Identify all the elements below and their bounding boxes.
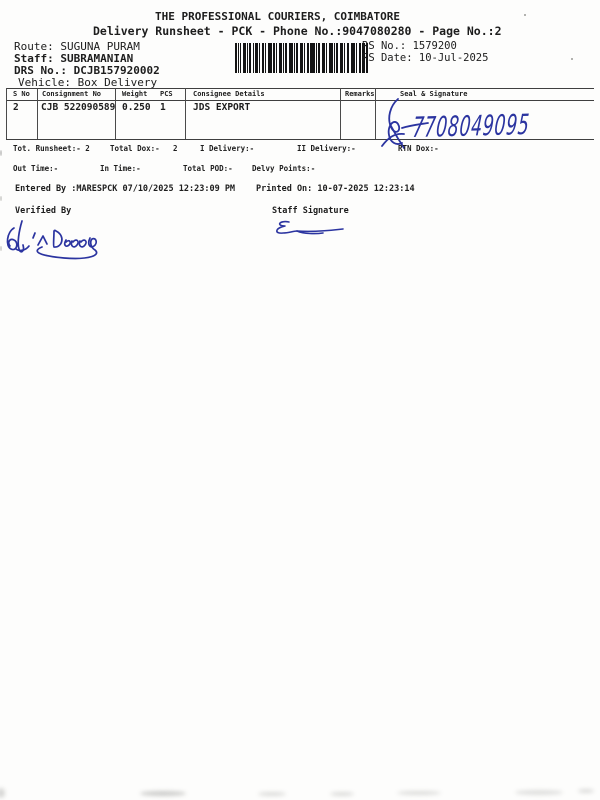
table-col-divider [6, 88, 7, 139]
col-header-weight: Weight [122, 91, 147, 98]
table-col-divider [340, 88, 341, 139]
col-header-consignee: Consignee Details [193, 91, 265, 98]
scan-speck [0, 196, 2, 201]
cell-consignment: CJB 522090589 [41, 103, 115, 113]
rs-date-line: RS Date: 10-Jul-2025 [362, 53, 488, 64]
tot-runsheet: Tot. Runsheet:- 2 [13, 145, 90, 153]
cell-consignee: JDS EXPORT [193, 103, 250, 113]
scan-speck [571, 58, 573, 60]
cell-pcs: 1 [160, 103, 166, 113]
total-pod-label: Total POD:- [183, 165, 233, 173]
i-delivery-label: I Delivery:- [200, 145, 254, 153]
scan-smudge [330, 792, 354, 796]
out-time-label: Out Time:- [13, 165, 58, 173]
col-header-sno: S No [13, 91, 30, 98]
table-top-border [6, 88, 594, 89]
scan-speck [524, 14, 526, 16]
table-col-divider [115, 88, 116, 139]
seal-handwritten-number: 7708049095 [412, 111, 531, 142]
ii-delivery-label: II Delivery:- [297, 145, 356, 153]
col-header-remarks: Remarks [345, 91, 375, 98]
rs-no-line: RS No.: 1579200 [362, 41, 457, 52]
cell-weight: 0.250 [122, 103, 151, 113]
cell-sno: 2 [13, 103, 19, 113]
table-header-border [6, 100, 594, 101]
route-line: Route: SUGUNA PURAM [14, 41, 140, 52]
scan-smudge [258, 792, 286, 796]
table-col-divider [185, 88, 186, 139]
total-dox-value: 2 [173, 145, 178, 153]
verified-by-label: Verified By [15, 207, 71, 216]
entered-by-line: Entered By :MARESPCK 07/10/2025 12:23:09… [15, 185, 235, 194]
total-dox-label: Total Dox:- [110, 145, 160, 153]
col-header-pcs: PCS [160, 91, 173, 98]
scan-speck [0, 150, 2, 156]
scan-smudge [0, 788, 5, 798]
delvy-points-label: Delvy Points:- [252, 165, 315, 173]
col-header-consignment: Consignment No [42, 91, 101, 98]
drs-no-line: DRS No.: DCJB157920002 [14, 65, 160, 76]
table-col-divider [37, 88, 38, 139]
runsheet-scanned-page: THE PROFESSIONAL COURIERS, COIMBATORE De… [0, 0, 600, 800]
page-subtitle: Delivery Runsheet - PCK - Phone No.:9047… [93, 26, 502, 38]
scan-smudge [397, 791, 441, 795]
staff-signature [271, 218, 349, 244]
scan-smudge [140, 791, 186, 796]
vehicle-line: Vehicle: Box Delivery [18, 77, 157, 88]
staff-signature-label: Staff Signature [272, 207, 349, 216]
page-title: THE PROFESSIONAL COURIERS, COIMBATORE [155, 11, 400, 22]
in-time-label: In Time:- [100, 165, 141, 173]
printed-on-line: Printed On: 10-07-2025 12:23:14 [256, 185, 415, 194]
barcode-icon [235, 43, 368, 73]
scan-smudge [578, 789, 594, 793]
staff-line: Staff: SUBRAMANIAN [14, 53, 133, 64]
rtn-dox-label: RTN Dox:- [398, 145, 439, 153]
verified-by-signature [2, 216, 120, 262]
scan-speck [0, 246, 2, 251]
scan-smudge [515, 790, 563, 795]
